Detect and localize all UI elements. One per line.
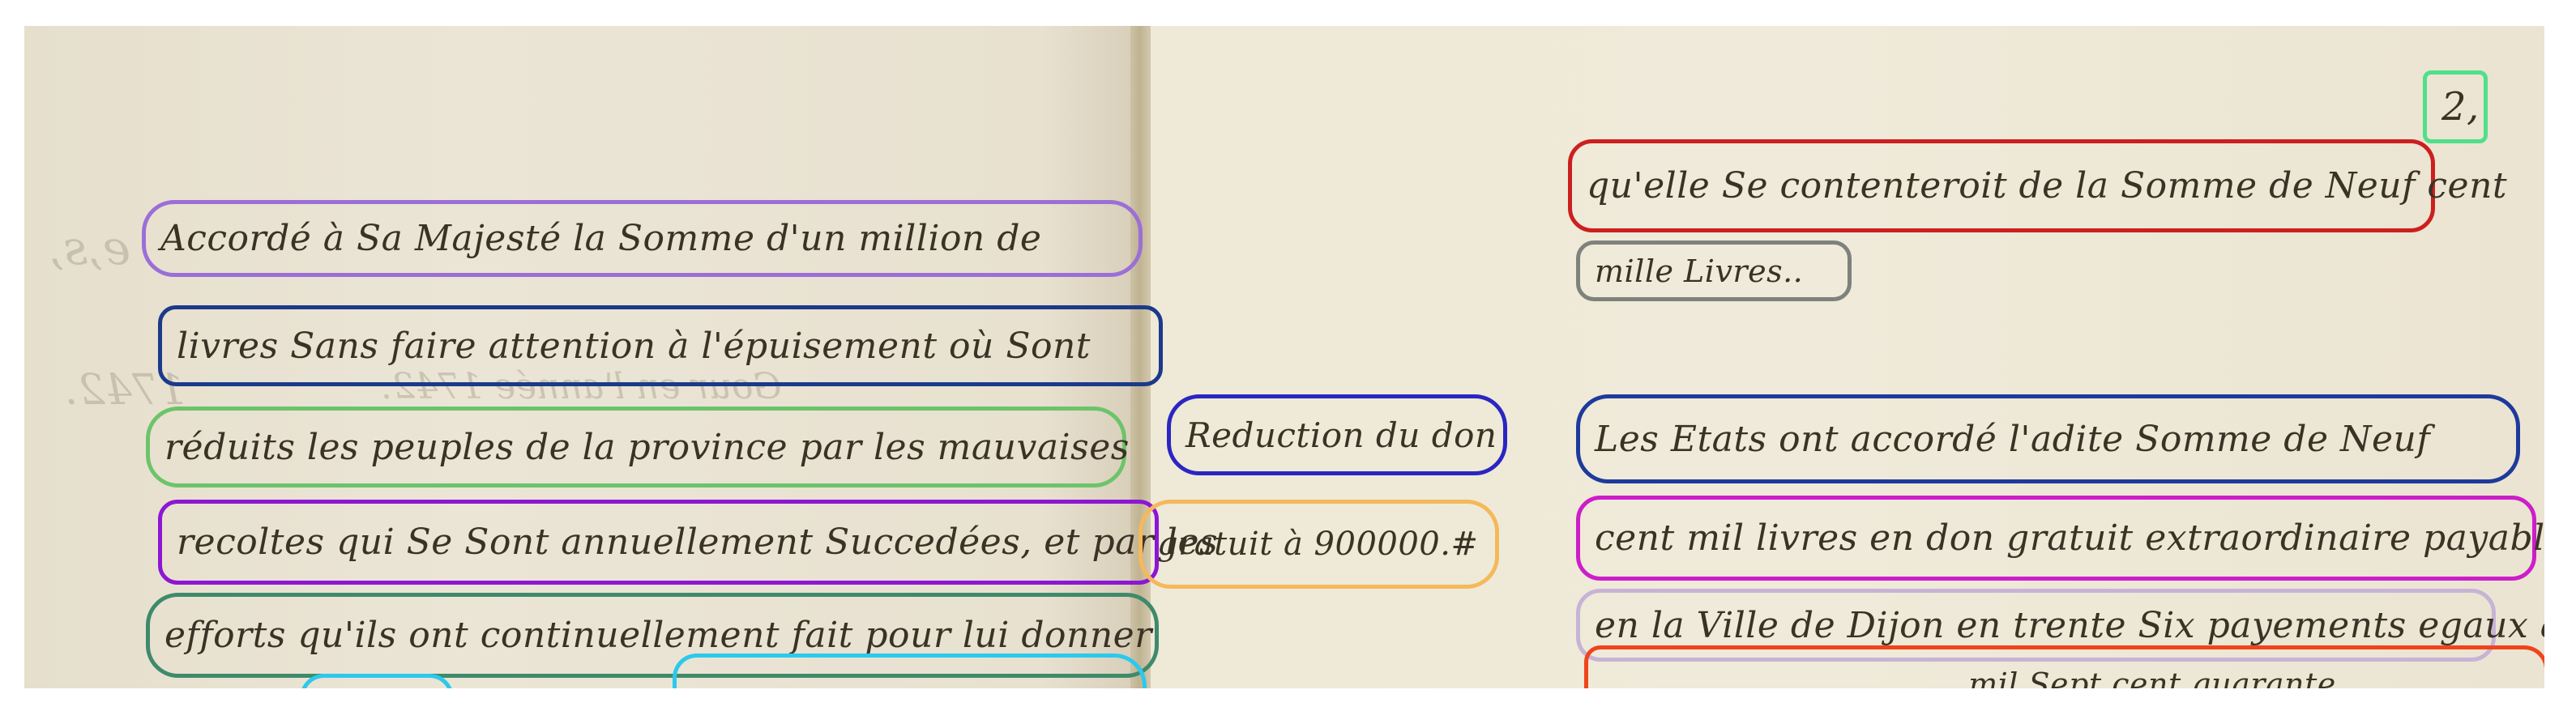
text-line-region[interactable]: livres Sans faire attention à l'épuiseme… xyxy=(158,305,1163,386)
text-line: Les Etats ont accordé l'adite Somme de N… xyxy=(1595,419,2430,460)
text-line-region[interactable]: réduits les peuples de la province par l… xyxy=(146,407,1126,487)
margin-note-region[interactable]: Reduction du don xyxy=(1167,394,1507,475)
text-line-region[interactable]: Les Etats ont accordé l'adite Somme de N… xyxy=(1576,394,2520,483)
text-line: efforts qu'ils ont continuellement fait … xyxy=(164,615,1152,656)
text-line-region[interactable] xyxy=(673,653,1147,688)
margin-note-line: gratuit à 900000.# xyxy=(1157,526,1478,563)
text-line: Accordé à Sa Majesté la Somme d'un milli… xyxy=(160,218,1041,259)
margin-note-region[interactable]: gratuit à 900000.# xyxy=(1138,500,1499,589)
text-line-region[interactable]: recoltes qui Se Sont annuellement Succed… xyxy=(158,500,1159,585)
text-line: … mil Sept cent quarante xyxy=(1603,666,2336,688)
bleed-through-text: e,s, xyxy=(49,220,130,275)
page-number-region[interactable]: 2, xyxy=(2423,70,2488,143)
margin-note-line: Reduction du don xyxy=(1185,415,1497,455)
text-line: livres Sans faire attention à l'épuiseme… xyxy=(177,326,1091,367)
text-line: recoltes qui Se Sont annuellement Succed… xyxy=(177,522,1218,563)
text-line-region[interactable]: … mil Sept cent quarante xyxy=(1584,645,2544,688)
page-number: 2, xyxy=(2441,84,2480,130)
text-line-region[interactable]: mille Livres.. xyxy=(1576,241,1852,301)
text-line: mille Livres.. xyxy=(1595,253,1803,289)
text-line-region[interactable]: cent mil livres en don gratuit extraordi… xyxy=(1576,496,2536,581)
text-line-region[interactable]: Accordé à Sa Majesté la Somme d'un milli… xyxy=(142,200,1143,277)
text-line-region[interactable]: qu'elle Se contenteroit de la Somme de N… xyxy=(1568,139,2435,232)
manuscript-scan: e,s, 1742. Gour en l'année 1742. Accordé… xyxy=(24,26,2544,688)
text-line: qu'elle Se contenteroit de la Somme de N… xyxy=(1587,165,2507,206)
text-line-region[interactable] xyxy=(300,674,454,688)
text-line: cent mil livres en don gratuit extraordi… xyxy=(1595,517,2544,559)
text-line: réduits les peuples de la province par l… xyxy=(164,427,1130,468)
text-line: en la Ville de Dijon en trente Six payem… xyxy=(1595,605,2544,646)
